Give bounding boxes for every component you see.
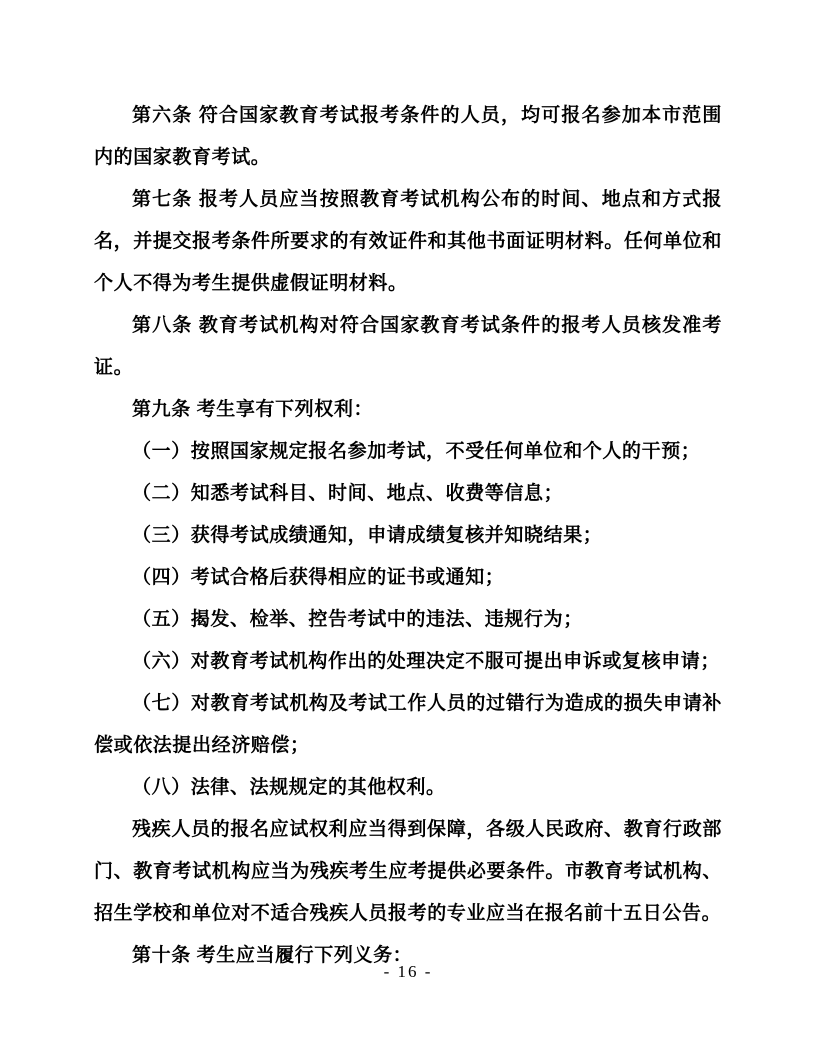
document-page: 第六条 符合国家教育考试报考条件的人员，均可报名参加本市范围内的国家教育考试。 …	[0, 0, 816, 1056]
list-item-5: （五）揭发、检举、控告考试中的违法、违规行为；	[94, 599, 722, 641]
list-item-4: （四）考试合格后获得相应的证书或通知；	[94, 557, 722, 599]
page-number: - 16 -	[0, 962, 816, 982]
paragraph-disabled-persons: 残疾人员的报名应试权利应当得到保障，各级人民政府、教育行政部门、教育考试机构应当…	[94, 809, 722, 935]
paragraph-article-8: 第八条 教育考试机构对符合国家教育考试条件的报考人员核发准考证。	[94, 305, 722, 389]
list-item-1: （一）按照国家规定报名参加考试，不受任何单位和个人的干预；	[94, 431, 722, 473]
list-item-7: （七）对教育考试机构及考试工作人员的过错行为造成的损失申请补偿或依法提出经济赔偿…	[94, 683, 722, 767]
paragraph-article-9: 第九条 考生享有下列权利：	[94, 389, 722, 431]
paragraph-article-6: 第六条 符合国家教育考试报考条件的人员，均可报名参加本市范围内的国家教育考试。	[94, 95, 722, 179]
paragraph-article-7: 第七条 报考人员应当按照教育考试机构公布的时间、地点和方式报名，并提交报考条件所…	[94, 179, 722, 305]
list-item-3: （三）获得考试成绩通知，申请成绩复核并知晓结果；	[94, 515, 722, 557]
list-item-6: （六）对教育考试机构作出的处理决定不服可提出申诉或复核申请；	[94, 641, 722, 683]
list-item-8: （八）法律、法规规定的其他权利。	[94, 767, 722, 809]
document-body: 第六条 符合国家教育考试报考条件的人员，均可报名参加本市范围内的国家教育考试。 …	[94, 95, 722, 977]
list-item-2: （二）知悉考试科目、时间、地点、收费等信息；	[94, 473, 722, 515]
